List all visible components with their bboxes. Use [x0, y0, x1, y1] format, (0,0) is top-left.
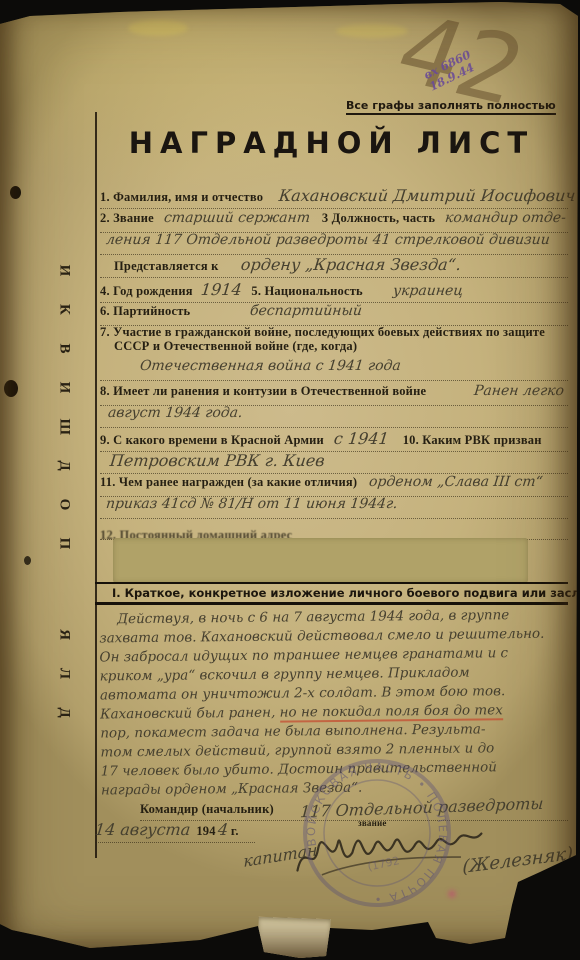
filing-spine-text: И К В И Ш Д О П Я Л Д [56, 262, 72, 721]
field-army-since-label: 9. С какого времени в Красной Армии [100, 433, 324, 448]
field-prior-awards-row-2: приказ 41сд № 81/Н от 11 июня 1944г. [100, 496, 568, 519]
field-war-value: Отечественная война с 1941 года [139, 358, 401, 374]
field-wounds-value-2: август 1944 года. [107, 405, 243, 421]
section-divider-bottom [95, 602, 568, 605]
spine-letter: Д [56, 458, 73, 474]
spine-letter: О [56, 497, 73, 513]
stamp-center-number: (1792 [366, 854, 400, 873]
field-wounds-row: 8. Имеет ли ранения и контузии в Отечест… [100, 383, 568, 406]
spine-gap [49, 581, 79, 597]
section-divider-top [95, 582, 568, 584]
field-wounds-row-2: август 1944 года. [100, 405, 568, 428]
field-prior-awards-value-1: орденом „Слава III ст“ [368, 474, 543, 490]
field-prior-awards-label: 11. Чем ранее награжден (за какие отличи… [100, 475, 357, 490]
field-war-label-2: СССР и Отечественной войне (где, когда) [114, 339, 357, 354]
left-margin-rule [95, 112, 97, 858]
field-party-value: беспартийный [250, 303, 364, 319]
ink-blot [4, 380, 18, 397]
field-party-row: 6. Партийность беспартийный [100, 303, 568, 326]
field-party-label: 6. Партийность [100, 304, 190, 319]
field-war-participation-value-row: Отечественная война с 1941 года [100, 358, 568, 381]
field-presented-value: ордену „Красная Звезда“. [240, 255, 462, 274]
field-duty-label: 3 Должность, часть [322, 211, 435, 226]
field-birthyear-label: 4. Год рождения [100, 284, 193, 299]
field-birthyear-value: 1914 [200, 280, 243, 299]
field-rank-value: старший сержант [163, 210, 311, 226]
field-surname-row: 1. Фамилия, имя и отчество Кахановский Д… [100, 186, 568, 209]
fill-all-fields-note: Все графы заполнять полностью [346, 99, 556, 115]
field-presented-row: Представляется к ордену „Красная Звезда“… [100, 255, 568, 278]
field-duty-row-2: ления 117 Отдельной разведроты 41 стрелк… [100, 232, 568, 255]
date-suffix: г. [231, 824, 239, 839]
citation-red-underlined-text: но не покидал поля боя до тех [280, 702, 503, 722]
commander-label: Командир (начальник) [140, 802, 274, 817]
field-nationality-value: украинец [392, 283, 464, 299]
svg-text:ВОЙСКОВАЯ ЧАСТЬ • ПОЛЕВАЯ ПОЧТ: ВОЙСКОВАЯ ЧАСТЬ • ПОЛЕВАЯ ПОЧТА • [290, 746, 463, 920]
field-war-label-1: 7. Участие в гражданской войне, последую… [100, 325, 545, 340]
date-row: 14 августа 194 4 г. [95, 820, 255, 843]
field-rank-duty-row: 2. Звание старший сержант 3 Должность, ч… [100, 210, 568, 233]
field-surname-label: 1. Фамилия, имя и отчество [100, 190, 263, 205]
document-title: НАГРАДНОЙ ЛИСТ [95, 126, 568, 160]
tape-stain [336, 24, 408, 38]
date-handwritten: 14 августа [94, 820, 191, 839]
citation-line-part: Кахановский был ранен, [100, 705, 280, 723]
torn-paper-flap [257, 917, 330, 959]
field-wounds-value-1: Ранен легко [473, 383, 565, 399]
spine-letter: Я [56, 627, 73, 643]
field-birth-nationality-row: 4. Год рождения 1914 5. Национальность у… [100, 280, 568, 303]
spine-letter: И [56, 380, 73, 396]
field-prior-awards-row: 11. Чем ранее награжден (за какие отличи… [100, 474, 568, 497]
field-army-service-row: 9. С какого времени в Красной Армии с 19… [100, 429, 568, 452]
field-prior-awards-value-2: приказ 41сд № 81/Н от 11 июня 1944г. [105, 496, 398, 512]
spine-letter: К [56, 302, 73, 318]
field-rank-label: 2. Звание [100, 211, 154, 226]
spine-letter: В [56, 341, 73, 357]
spine-letter: П [56, 536, 73, 552]
field-army-since-value: с 1941 [333, 429, 390, 448]
field-surname-value: Кахановский Дмитрий Иосифович [278, 186, 576, 205]
field-wounds-label: 8. Имеет ли ранения и контузии в Отечест… [100, 384, 426, 399]
field-duty-value-1: командир отде- [444, 210, 567, 226]
date-handwritten-digit: 4 [217, 820, 229, 839]
date-printed-year: 194 [196, 824, 215, 839]
field-rvk-value-row: Петровским РВК г. Киев [100, 451, 568, 474]
ink-blot [10, 186, 21, 199]
tape-stain [128, 20, 188, 36]
spine-letter: Л [56, 666, 73, 682]
spine-letter: Д [56, 705, 73, 721]
stamp-ring-text: ВОЙСКОВАЯ ЧАСТЬ • ПОЛЕВАЯ ПОЧТА • [290, 746, 463, 920]
field-duty-value-2: ления 117 Отдельной разведроты 41 стрелк… [105, 232, 550, 248]
field-rvk-label: 10. Каким РВК призван [403, 433, 542, 448]
field-presented-label: Представляется к [114, 259, 219, 274]
citation-heading: I. Краткое, конкретное изложение личного… [112, 586, 568, 600]
ink-blot [24, 556, 31, 565]
unit-stamp: ВОЙСКОВАЯ ЧАСТЬ • ПОЛЕВАЯ ПОЧТА • (1792 [276, 732, 478, 934]
redacted-address-block [113, 538, 528, 583]
spine-letter: И [56, 263, 73, 279]
spine-letter: Ш [56, 419, 73, 435]
field-rvk-value: Петровским РВК г. Киев [109, 451, 326, 470]
document-sheet: 42 вх 6860 18.9.44 Все графы заполнять п… [0, 0, 580, 960]
field-nationality-label: 5. Национальность [251, 284, 362, 299]
